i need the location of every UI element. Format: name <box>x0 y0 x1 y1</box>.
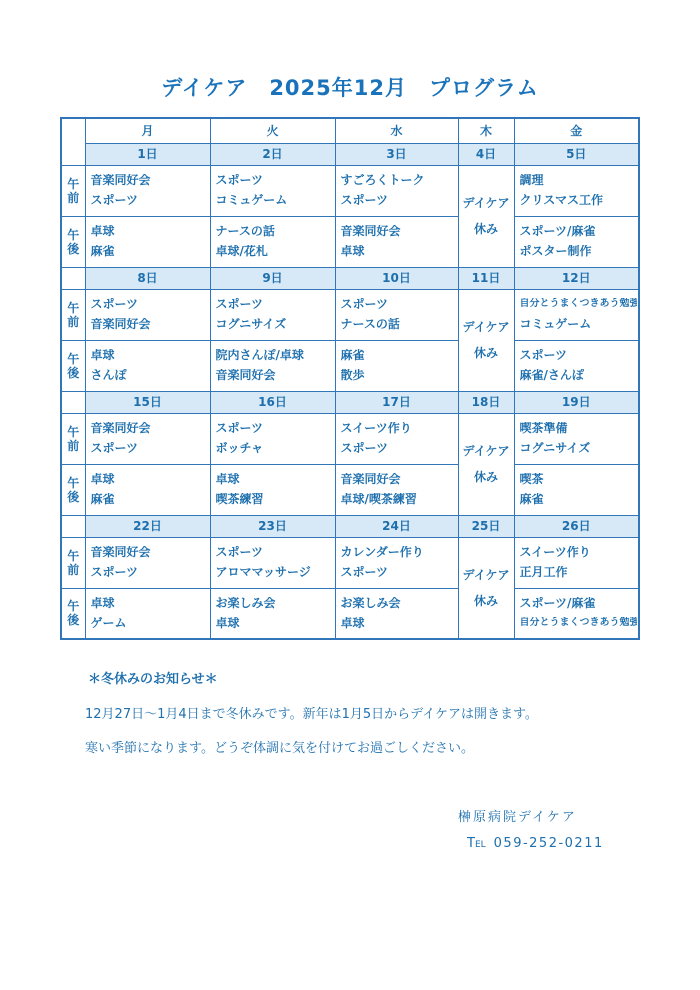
closed-text: 休み <box>459 464 514 490</box>
activity-lines: スポーツ/麻雀ポスター制作 <box>515 217 639 265</box>
date-cell: 9日 <box>210 267 335 289</box>
morning-row: 午前スポーツ音楽同好会スポーツコグニサイズスポーツナースの話デイケア休み自分とう… <box>61 289 639 340</box>
activity-cell: 音楽同好会スポーツ <box>85 537 210 588</box>
date-cell: 17日 <box>335 391 458 413</box>
period-label-char: 前 <box>62 439 85 453</box>
activity: お楽しみ会 <box>216 597 334 609</box>
activity-lines: スイーツ作り正月工作 <box>515 538 639 586</box>
activity-cell: スポーツナースの話 <box>335 289 458 340</box>
phone-line: TEL059-252-0211 <box>467 836 604 851</box>
activity-cell: スポーツコグニサイズ <box>210 289 335 340</box>
date-cell: 15日 <box>85 391 210 413</box>
activity-lines: 音楽同好会スポーツ <box>86 538 210 586</box>
activity-cell: 音楽同好会卓球 <box>335 216 458 267</box>
activity-cell: 卓球麻雀 <box>85 216 210 267</box>
date-row: 22日23日24日25日26日 <box>61 515 639 537</box>
date-cell: 16日 <box>210 391 335 413</box>
activity-lines: スポーツナースの話 <box>336 290 458 338</box>
activity-cell: 卓球ゲーム <box>85 588 210 639</box>
date-cell: 23日 <box>210 515 335 537</box>
closed-text: 休み <box>459 340 514 366</box>
activity: スポーツ <box>91 298 209 310</box>
activity-lines: スポーツ/麻雀自分とうまくつきあう勉強 <box>515 589 639 637</box>
afternoon-row: 午後卓球麻雀ナースの話卓球/花札音楽同好会卓球スポーツ/麻雀ポスター制作 <box>61 216 639 267</box>
activity-lines: 卓球麻雀 <box>86 217 210 265</box>
day-header-mon: 月 <box>85 118 210 143</box>
activity-lines: 音楽同好会スポーツ <box>86 414 210 462</box>
activity: 正月工作 <box>520 566 638 578</box>
date-cell: 24日 <box>335 515 458 537</box>
tel-label: TEL <box>467 836 486 851</box>
activity-lines: スポーツ音楽同好会 <box>86 290 210 338</box>
activity-lines: 調理クリスマス工作 <box>515 166 639 214</box>
activity: 喫茶練習 <box>216 493 334 505</box>
day-header-fri: 金 <box>514 118 639 143</box>
program-page: デイケア 2025年12月 プログラム 月 火 水 木 金 1日2日3日4日5日… <box>0 0 700 990</box>
activity: コグニサイズ <box>216 318 334 330</box>
activity: クリスマス工作 <box>520 194 638 206</box>
page-title: デイケア 2025年12月 プログラム <box>0 72 700 102</box>
activity: 卓球 <box>341 245 457 257</box>
date-cell: 11日 <box>458 267 514 289</box>
morning-label-cell: 午前 <box>61 289 85 340</box>
activity: 散歩 <box>341 369 457 381</box>
period-label-char: 午 <box>62 599 85 613</box>
activity-cell: お楽しみ会卓球 <box>335 588 458 639</box>
day-header-row: 月 火 水 木 金 <box>61 118 639 143</box>
period-label-char: 午 <box>62 549 85 563</box>
activity-cell: 自分とうまくつきあう勉強コミュゲーム <box>514 289 639 340</box>
activity-cell: 卓球喫茶練習 <box>210 464 335 515</box>
period-label-char: 前 <box>62 315 85 329</box>
activity: さんぽ <box>91 369 209 381</box>
date-cell: 22日 <box>85 515 210 537</box>
activity: スポーツ <box>341 298 457 310</box>
activity-cell: スポーツ麻雀/さんぽ <box>514 340 639 391</box>
morning-label-cell: 午前 <box>61 413 85 464</box>
activity-lines: 卓球ゲーム <box>86 589 210 637</box>
corner-cell <box>61 118 85 165</box>
closed-text: デイケア <box>459 562 514 588</box>
date-cell: 10日 <box>335 267 458 289</box>
activity: 音楽同好会 <box>341 225 457 237</box>
date-cell: 2日 <box>210 143 335 165</box>
activity: すごろくトーク <box>341 174 457 186</box>
activity: 卓球 <box>216 473 334 485</box>
afternoon-label-cell: 午後 <box>61 340 85 391</box>
activity-lines: スポーツボッチャ <box>211 414 335 462</box>
notice-line: 12月27日～1月4日まで冬休みです。新年は1月5日からデイケアは開きます。 <box>85 703 538 722</box>
activity: 麻雀 <box>91 245 209 257</box>
activity-cell: スポーツ音楽同好会 <box>85 289 210 340</box>
activity-cell: カレンダー作りスポーツ <box>335 537 458 588</box>
activity-cell: スポーツアロママッサージ <box>210 537 335 588</box>
activity: スポーツ <box>216 298 334 310</box>
phone-number: 059-252-0211 <box>494 836 604 851</box>
activity: 卓球/喫茶練習 <box>341 493 457 505</box>
activity: 麻雀 <box>341 349 457 361</box>
activity: 卓球 <box>341 617 457 629</box>
period-label-char: 午 <box>62 352 85 366</box>
daycare-closed-cell: デイケア休み <box>458 165 514 267</box>
activity-lines: カレンダー作りスポーツ <box>336 538 458 586</box>
morning-row: 午前音楽同好会スポーツスポーツコミュゲームすごろくトークスポーツデイケア休み調理… <box>61 165 639 216</box>
activity-lines: 卓球麻雀 <box>86 465 210 513</box>
activity: 音楽同好会 <box>91 546 209 558</box>
afternoon-row: 午後卓球さんぽ院内さんぽ/卓球音楽同好会麻雀散歩スポーツ麻雀/さんぽ <box>61 340 639 391</box>
activity-lines: スイーツ作りスポーツ <box>336 414 458 462</box>
afternoon-label-cell: 午後 <box>61 216 85 267</box>
date-cell: 1日 <box>85 143 210 165</box>
activity: ゲーム <box>91 617 209 629</box>
period-label-char: 前 <box>62 191 85 205</box>
activity-cell: 音楽同好会スポーツ <box>85 413 210 464</box>
activity-cell: 麻雀散歩 <box>335 340 458 391</box>
date-row: 15日16日17日18日19日 <box>61 391 639 413</box>
date-row-label-cell <box>61 515 85 537</box>
date-row-label-cell <box>61 391 85 413</box>
date-row-label-cell <box>61 267 85 289</box>
date-cell: 18日 <box>458 391 514 413</box>
activity: 卓球/花札 <box>216 245 334 257</box>
activity: コミュゲーム <box>520 318 638 330</box>
activity: 自分とうまくつきあう勉強 <box>520 617 638 629</box>
closed-text: 休み <box>459 588 514 614</box>
morning-row: 午前音楽同好会スポーツスポーツボッチャスイーツ作りスポーツデイケア休み喫茶準備コ… <box>61 413 639 464</box>
activity: お楽しみ会 <box>341 597 457 609</box>
morning-row: 午前音楽同好会スポーツスポーツアロママッサージカレンダー作りスポーツデイケア休み… <box>61 537 639 588</box>
activity: スポーツ <box>520 349 638 361</box>
activity-cell: 喫茶麻雀 <box>514 464 639 515</box>
closed-text: デイケア <box>459 438 514 464</box>
activity: スポーツ/麻雀 <box>520 597 638 609</box>
activity: 卓球 <box>91 597 209 609</box>
date-cell: 8日 <box>85 267 210 289</box>
activity: スポーツ <box>216 546 334 558</box>
activity-cell: スポーツコミュゲーム <box>210 165 335 216</box>
activity: スポーツ <box>91 566 209 578</box>
date-cell: 4日 <box>458 143 514 165</box>
period-label-char: 午 <box>62 177 85 191</box>
schedule-table: 月 火 水 木 金 1日2日3日4日5日午前音楽同好会スポーツスポーツコミュゲー… <box>60 117 640 640</box>
activity: コミュゲーム <box>216 194 334 206</box>
activity-cell: スイーツ作り正月工作 <box>514 537 639 588</box>
daycare-closed-cell: デイケア休み <box>458 289 514 391</box>
date-cell: 26日 <box>514 515 639 537</box>
period-label-char: 後 <box>62 366 85 380</box>
activity-lines: 喫茶麻雀 <box>515 465 639 513</box>
activity: 喫茶準備 <box>520 422 638 434</box>
day-header-thu: 木 <box>458 118 514 143</box>
morning-label-cell: 午前 <box>61 537 85 588</box>
activity: 卓球 <box>91 349 209 361</box>
activity: 麻雀 <box>91 493 209 505</box>
facility-name: 榊原病院デイケア <box>458 806 577 825</box>
activity: アロママッサージ <box>216 566 334 578</box>
activity-lines: 喫茶準備コグニサイズ <box>515 414 639 462</box>
activity: ナースの話 <box>341 318 457 330</box>
period-label-char: 後 <box>62 490 85 504</box>
activity: 麻雀 <box>520 493 638 505</box>
activity-cell: 音楽同好会スポーツ <box>85 165 210 216</box>
activity: スポーツ <box>216 422 334 434</box>
activity-cell: 調理クリスマス工作 <box>514 165 639 216</box>
activity: スポーツ <box>91 442 209 454</box>
activity-lines: 自分とうまくつきあう勉強コミュゲーム <box>515 290 639 338</box>
activity: スポーツ <box>341 194 457 206</box>
activity-lines: お楽しみ会卓球 <box>211 589 335 637</box>
period-label-char: 午 <box>62 228 85 242</box>
activity: スポーツ <box>341 566 457 578</box>
activity: ボッチャ <box>216 442 334 454</box>
activity: スポーツ <box>341 442 457 454</box>
activity-cell: お楽しみ会卓球 <box>210 588 335 639</box>
activity: 音楽同好会 <box>216 369 334 381</box>
activity-cell: 院内さんぽ/卓球音楽同好会 <box>210 340 335 391</box>
activity: スポーツ/麻雀 <box>520 225 638 237</box>
date-row: 8日9日10日11日12日 <box>61 267 639 289</box>
activity-cell: ナースの話卓球/花札 <box>210 216 335 267</box>
activity-lines: 音楽同好会スポーツ <box>86 166 210 214</box>
activity: ポスター制作 <box>520 245 638 257</box>
activity: 麻雀/さんぽ <box>520 369 638 381</box>
activity: 音楽同好会 <box>91 318 209 330</box>
period-label-char: 後 <box>62 242 85 256</box>
morning-label-cell: 午前 <box>61 165 85 216</box>
winter-holiday-notice: ＊冬休みのお知らせ＊ 12月27日～1月4日まで冬休みです。新年は1月5日からデ… <box>85 668 538 771</box>
activity-lines: スポーツアロママッサージ <box>211 538 335 586</box>
activity: 卓球 <box>91 225 209 237</box>
activity-cell: 卓球麻雀 <box>85 464 210 515</box>
activity-lines: 卓球喫茶練習 <box>211 465 335 513</box>
activity-cell: すごろくトークスポーツ <box>335 165 458 216</box>
daycare-closed-cell: デイケア休み <box>458 537 514 639</box>
activity-cell: スポーツ/麻雀自分とうまくつきあう勉強 <box>514 588 639 639</box>
date-cell: 19日 <box>514 391 639 413</box>
activity-lines: 院内さんぽ/卓球音楽同好会 <box>211 341 335 389</box>
period-label-char: 午 <box>62 476 85 490</box>
activity-cell: スポーツボッチャ <box>210 413 335 464</box>
activity: 院内さんぽ/卓球 <box>216 349 334 361</box>
activity: 音楽同好会 <box>91 174 209 186</box>
activity-lines: 音楽同好会卓球 <box>336 217 458 265</box>
afternoon-label-cell: 午後 <box>61 588 85 639</box>
activity-cell: スイーツ作りスポーツ <box>335 413 458 464</box>
period-label-char: 後 <box>62 613 85 627</box>
day-header-tue: 火 <box>210 118 335 143</box>
activity: 音楽同好会 <box>91 422 209 434</box>
closed-text: 休み <box>459 216 514 242</box>
day-header-wed: 水 <box>335 118 458 143</box>
activity-cell: 音楽同好会卓球/喫茶練習 <box>335 464 458 515</box>
activity-cell: スポーツ/麻雀ポスター制作 <box>514 216 639 267</box>
activity-lines: スポーツコグニサイズ <box>211 290 335 338</box>
activity-lines: すごろくトークスポーツ <box>336 166 458 214</box>
program-table: 月 火 水 木 金 1日2日3日4日5日午前音楽同好会スポーツスポーツコミュゲー… <box>60 117 640 640</box>
activity: 喫茶 <box>520 473 638 485</box>
activity: 自分とうまくつきあう勉強 <box>520 298 638 310</box>
date-cell: 12日 <box>514 267 639 289</box>
activity: スイーツ作り <box>520 546 638 558</box>
activity-lines: 卓球さんぽ <box>86 341 210 389</box>
activity-cell: 卓球さんぽ <box>85 340 210 391</box>
afternoon-row: 午後卓球ゲームお楽しみ会卓球お楽しみ会卓球スポーツ/麻雀自分とうまくつきあう勉強 <box>61 588 639 639</box>
activity-lines: スポーツコミュゲーム <box>211 166 335 214</box>
date-cell: 5日 <box>514 143 639 165</box>
activity-lines: スポーツ麻雀/さんぽ <box>515 341 639 389</box>
period-label-char: 午 <box>62 301 85 315</box>
afternoon-label-cell: 午後 <box>61 464 85 515</box>
activity-lines: 麻雀散歩 <box>336 341 458 389</box>
daycare-closed-cell: デイケア休み <box>458 413 514 515</box>
activity-lines: お楽しみ会卓球 <box>336 589 458 637</box>
activity: 卓球 <box>91 473 209 485</box>
notice-heading: ＊冬休みのお知らせ＊ <box>88 668 538 687</box>
date-cell: 3日 <box>335 143 458 165</box>
activity-cell: 喫茶準備コグニサイズ <box>514 413 639 464</box>
activity: 卓球 <box>216 617 334 629</box>
activity: コグニサイズ <box>520 442 638 454</box>
activity: 音楽同好会 <box>341 473 457 485</box>
activity-lines: ナースの話卓球/花札 <box>211 217 335 265</box>
date-row: 1日2日3日4日5日 <box>61 143 639 165</box>
notice-line: 寒い季節になります。どうぞ体調に気を付けてお過ごしください。 <box>85 737 538 756</box>
activity: カレンダー作り <box>341 546 457 558</box>
activity: スポーツ <box>91 194 209 206</box>
date-cell: 25日 <box>458 515 514 537</box>
activity-lines: 音楽同好会卓球/喫茶練習 <box>336 465 458 513</box>
activity: スイーツ作り <box>341 422 457 434</box>
period-label-char: 午 <box>62 425 85 439</box>
period-label-char: 前 <box>62 563 85 577</box>
afternoon-row: 午後卓球麻雀卓球喫茶練習音楽同好会卓球/喫茶練習喫茶麻雀 <box>61 464 639 515</box>
activity: スポーツ <box>216 174 334 186</box>
activity: 調理 <box>520 174 638 186</box>
closed-text: デイケア <box>459 190 514 216</box>
activity: ナースの話 <box>216 225 334 237</box>
closed-text: デイケア <box>459 314 514 340</box>
